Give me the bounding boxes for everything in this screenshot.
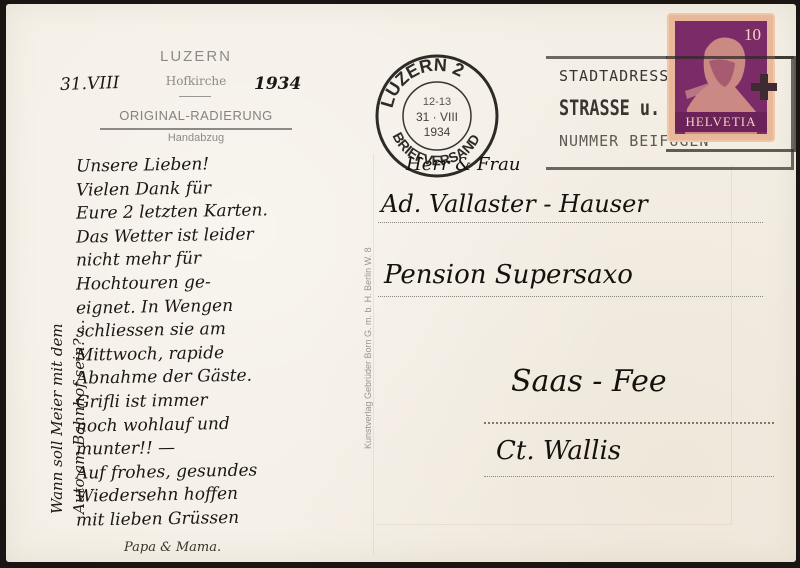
imprint-underline <box>100 128 292 130</box>
message-line: noch wohlauf und <box>76 412 268 439</box>
imprint-city: LUZERN <box>101 48 291 65</box>
address-rule <box>484 476 774 477</box>
address-rule <box>484 422 774 424</box>
message-line: Eure 2 letzten Karten. <box>76 200 268 227</box>
address-establishment: Pension Supersaxo <box>384 260 633 290</box>
swiss-cross-icon <box>751 74 777 100</box>
message-line: nicht mehr für <box>76 247 268 274</box>
postmark-year: 1934 <box>424 125 451 139</box>
message-line: schliessen sie am <box>76 317 268 344</box>
image-ghost-border <box>376 164 732 525</box>
message-line: mit lieben Grüssen <box>76 506 268 533</box>
imprint-dash <box>179 96 211 97</box>
side-note: Wann soll Meier mit dem Auto am Bahnhof … <box>46 319 90 514</box>
address-rule <box>378 222 763 223</box>
cancel-overprint <box>666 56 796 152</box>
message-line: eignet. In Wengen <box>76 294 268 321</box>
message-line: Abnahme der Gäste. <box>76 365 268 392</box>
publisher-credit: Kunstverlag Gebrüder Born G. m. b. H. Be… <box>363 247 373 449</box>
address-town: Saas - Fee <box>511 364 667 399</box>
signature: Papa & Mama. <box>124 540 221 555</box>
side-note-line: Auto am Bahnhof sein? ... <box>68 319 90 514</box>
message-line: Wiedersehn hoffen <box>76 483 268 510</box>
message-line: munter!! — <box>76 435 268 462</box>
address-canton: Ct. Wallis <box>496 436 621 466</box>
center-divider <box>373 154 374 554</box>
imprint-type: ORIGINAL-RADIERUNG <box>96 108 296 123</box>
address-name: Ad. Vallaster - Hauser <box>381 190 648 218</box>
postmark-date: 31 · VIII <box>416 110 458 124</box>
side-note-line: Wann soll Meier mit dem <box>46 319 68 514</box>
imprint-subtype: Handabzug <box>101 132 291 144</box>
message-line: Unsere Lieben! <box>76 152 268 179</box>
postmark-time: 12-13 <box>423 96 451 108</box>
message-line: Hochtouren ge- <box>76 270 268 297</box>
postcard: LUZERN Hofkirche ORIGINAL-RADIERUNG Hand… <box>6 4 796 562</box>
handwritten-date-day: 31.VIII <box>60 73 120 95</box>
stamp-value: 10 <box>744 25 761 45</box>
address-rule <box>378 296 763 297</box>
message-line: Grifli ist immer <box>76 388 268 415</box>
handwritten-message: Unsere Lieben! Vielen Dank für Eure 2 le… <box>76 154 268 532</box>
handwritten-date-year: 1934 <box>254 74 301 94</box>
address-salutation: Herr & Frau <box>406 154 520 175</box>
